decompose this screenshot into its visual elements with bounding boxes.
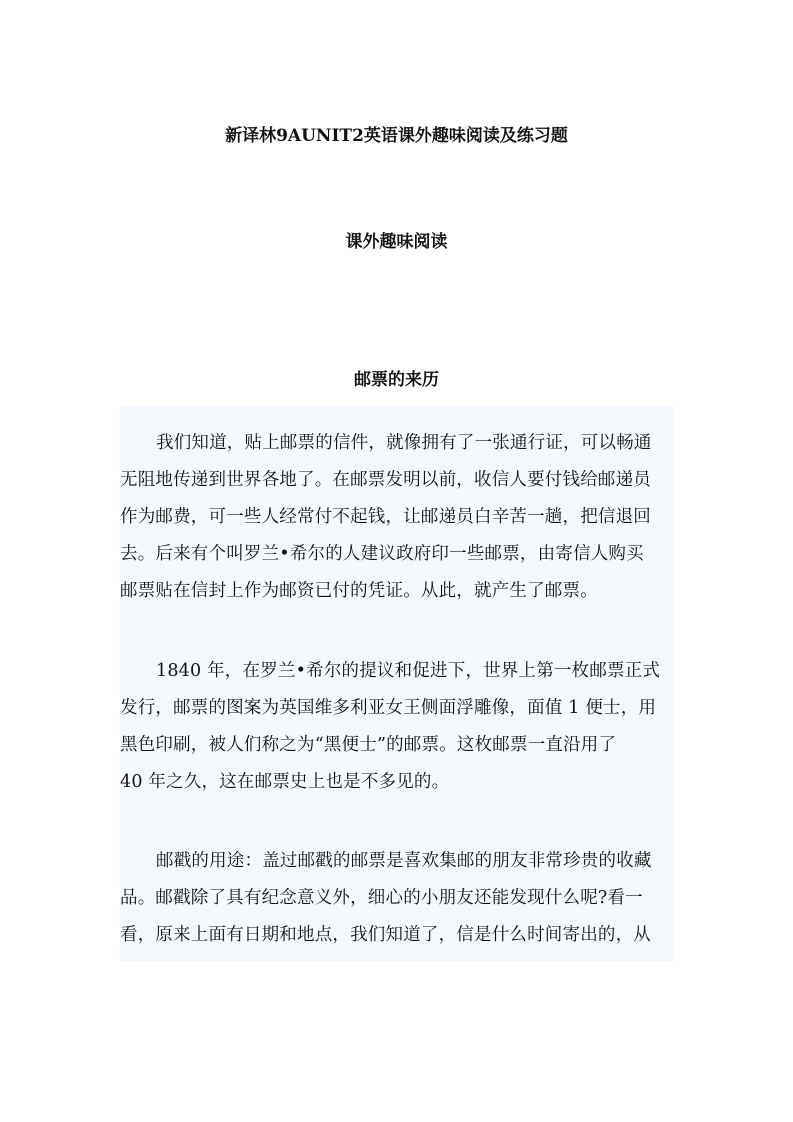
section-title: 邮票的来历: [0, 365, 793, 390]
document-title: 新译林9AUNIT2英语课外趣味阅读及练习题: [0, 121, 793, 146]
document-subtitle: 课外趣味阅读: [0, 227, 793, 252]
paragraph-line: 看，原来上面有日期和地点，我们知道了，信是什么时间寄出的，从: [120, 917, 674, 954]
paragraph-line: 40 年之久，这在邮票史上也是不多见的。: [120, 764, 674, 801]
paragraph-line: 邮戳的用途：盖过邮戳的邮票是喜欢集邮的朋友非常珍贵的收藏: [120, 843, 674, 880]
paragraph-2: 1840 年，在罗兰•希尔的提议和促进下，世界上第一枚邮票正式 发行，邮票的图案…: [120, 653, 674, 801]
paragraph-3: 邮戳的用途：盖过邮戳的邮票是喜欢集邮的朋友非常珍贵的收藏 品。邮戳除了具有纪念意…: [120, 843, 674, 954]
paragraph-line: 作为邮费，可一些人经常付不起钱，让邮递员白辛苦一趟，把信退回: [120, 499, 674, 536]
paragraph-line: 品。邮戳除了具有纪念意义外，细心的小朋友还能发现什么呢?看一: [120, 880, 674, 917]
paragraph-line: 我们知道，贴上邮票的信件，就像拥有了一张通行证，可以畅通: [120, 425, 674, 462]
paragraph-line: 发行，邮票的图案为英国维多利亚女王侧面浮雕像，面值 1 便士，用: [120, 690, 674, 727]
paragraph-line: 无阻地传递到世界各地了。在邮票发明以前，收信人要付钱给邮递员: [120, 462, 674, 499]
paragraph-line: 黑色印刷，被人们称之为“黑便士”的邮票。这枚邮票一直沿用了: [120, 727, 674, 764]
paragraph-line: 1840 年，在罗兰•希尔的提议和促进下，世界上第一枚邮票正式: [120, 653, 674, 690]
paragraph-line: 邮票贴在信封上作为邮资已付的凭证。从此，就产生了邮票。: [120, 573, 674, 610]
paragraph-1: 我们知道，贴上邮票的信件，就像拥有了一张通行证，可以畅通 无阻地传递到世界各地了…: [120, 425, 674, 610]
paragraph-line: 去。后来有个叫罗兰•希尔的人建议政府印一些邮票，由寄信人购买: [120, 536, 674, 573]
